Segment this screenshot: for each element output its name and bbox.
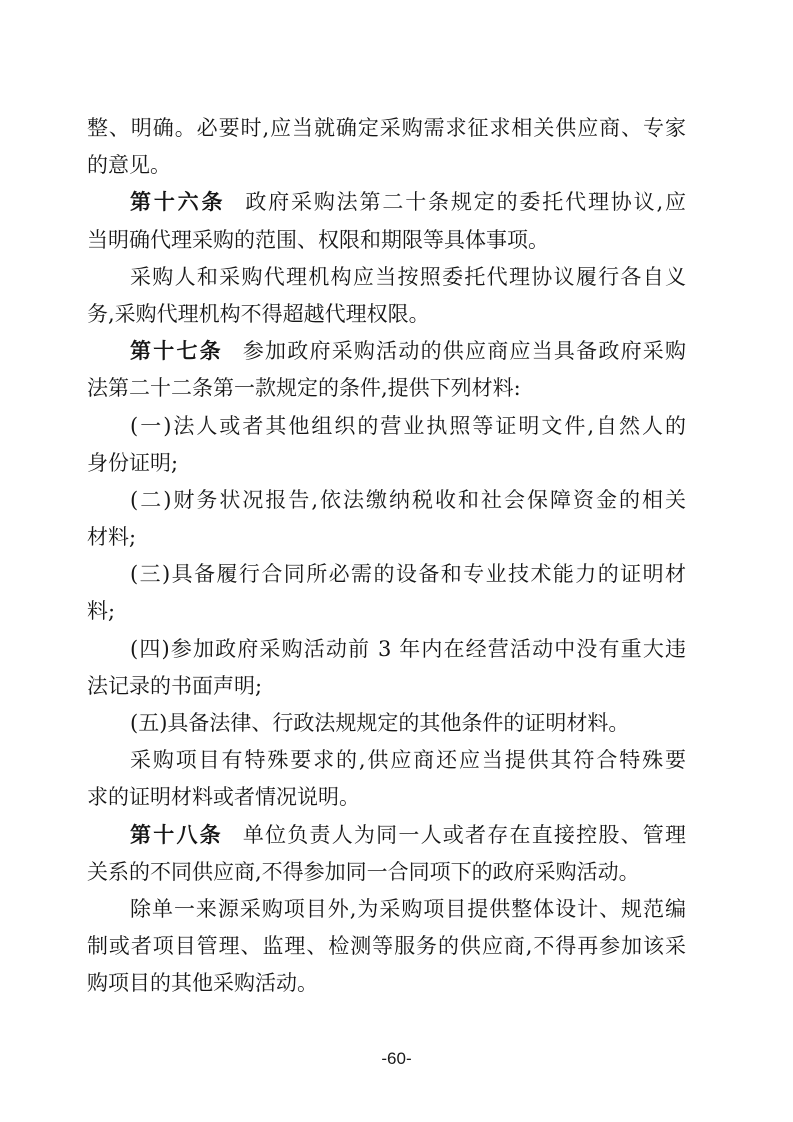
text-line: 材料; <box>87 519 686 556</box>
text-line: 务,采购代理机构不得超越代理权限。 <box>87 296 686 333</box>
paragraph: 第十六条政府采购法第二十条规定的委托代理协议,应当明确代理采购的范围、权限和期限… <box>87 184 686 258</box>
text-line: (二)财务状况报告,依法缴纳税收和社会保障资金的相关 <box>87 482 686 519</box>
text-line: 的意见。 <box>87 147 686 184</box>
paragraph: (一)法人或者其他组织的营业执照等证明文件,自然人的身份证明; <box>87 408 686 482</box>
text-line: 采购项目有特殊要求的,供应商还应当提供其符合特殊要 <box>87 742 686 779</box>
article-number: 第十七条 <box>130 340 223 363</box>
paragraph: 采购人和采购代理机构应当按照委托代理协议履行各自义务,采购代理机构不得超越代理权… <box>87 259 686 333</box>
text-line: 整、明确。必要时,应当就确定采购需求征求相关供应商、专家 <box>87 110 686 147</box>
paragraph: (五)具备法律、行政法规规定的其他条件的证明材料。 <box>87 705 686 742</box>
text-line: 关系的不同供应商,不得参加同一合同项下的政府采购活动。 <box>87 854 686 891</box>
text-line: 法第二十二条第一款规定的条件,提供下列材料: <box>87 370 686 407</box>
article-number: 第十八条 <box>130 824 223 847</box>
text-line: 第十八条单位负责人为同一人或者存在直接控股、管理 <box>87 817 686 854</box>
paragraph: 采购项目有特殊要求的,供应商还应当提供其符合特殊要求的证明材料或者情况说明。 <box>87 742 686 816</box>
text-line: (五)具备法律、行政法规规定的其他条件的证明材料。 <box>87 705 686 742</box>
text-line: 当明确代理采购的范围、权限和期限等具体事项。 <box>87 222 686 259</box>
text-line: 制或者项目管理、监理、检测等服务的供应商,不得再参加该采 <box>87 928 686 965</box>
paragraph: 第十七条参加政府采购活动的供应商应当具备政府采购法第二十二条第一款规定的条件,提… <box>87 333 686 407</box>
text-line: 第十六条政府采购法第二十条规定的委托代理协议,应 <box>87 184 686 221</box>
paragraph: 除单一来源采购项目外,为采购项目提供整体设计、规范编制或者项目管理、监理、检测等… <box>87 891 686 1003</box>
text-line: 法记录的书面声明; <box>87 668 686 705</box>
paragraph: 第十八条单位负责人为同一人或者存在直接控股、管理关系的不同供应商,不得参加同一合… <box>87 817 686 891</box>
text-line: 料; <box>87 593 686 630</box>
text-line: 求的证明材料或者情况说明。 <box>87 779 686 816</box>
text-line: 身份证明; <box>87 445 686 482</box>
text-line: (一)法人或者其他组织的营业执照等证明文件,自然人的 <box>87 408 686 445</box>
page-footer: -60- <box>0 1048 793 1070</box>
paragraph: (三)具备履行合同所必需的设备和专业技术能力的证明材料; <box>87 556 686 630</box>
paragraph: 整、明确。必要时,应当就确定采购需求征求相关供应商、专家的意见。 <box>87 110 686 184</box>
article-number: 第十六条 <box>130 191 225 214</box>
page-number: -60- <box>381 1049 411 1068</box>
text-line: (三)具备履行合同所必需的设备和专业技术能力的证明材 <box>87 556 686 593</box>
paragraph: (二)财务状况报告,依法缴纳税收和社会保障资金的相关材料; <box>87 482 686 556</box>
text-line: 购项目的其他采购活动。 <box>87 965 686 1002</box>
text-line: 第十七条参加政府采购活动的供应商应当具备政府采购 <box>87 333 686 370</box>
text-line: 采购人和采购代理机构应当按照委托代理协议履行各自义 <box>87 259 686 296</box>
paragraph: (四)参加政府采购活动前 3 年内在经营活动中没有重大违法记录的书面声明; <box>87 631 686 705</box>
document-page: 整、明确。必要时,应当就确定采购需求征求相关供应商、专家的意见。第十六条政府采购… <box>0 0 793 1122</box>
document-body: 整、明确。必要时,应当就确定采购需求征求相关供应商、专家的意见。第十六条政府采购… <box>87 110 686 1003</box>
text-line: 除单一来源采购项目外,为采购项目提供整体设计、规范编 <box>87 891 686 928</box>
text-line: (四)参加政府采购活动前 3 年内在经营活动中没有重大违 <box>87 631 686 668</box>
